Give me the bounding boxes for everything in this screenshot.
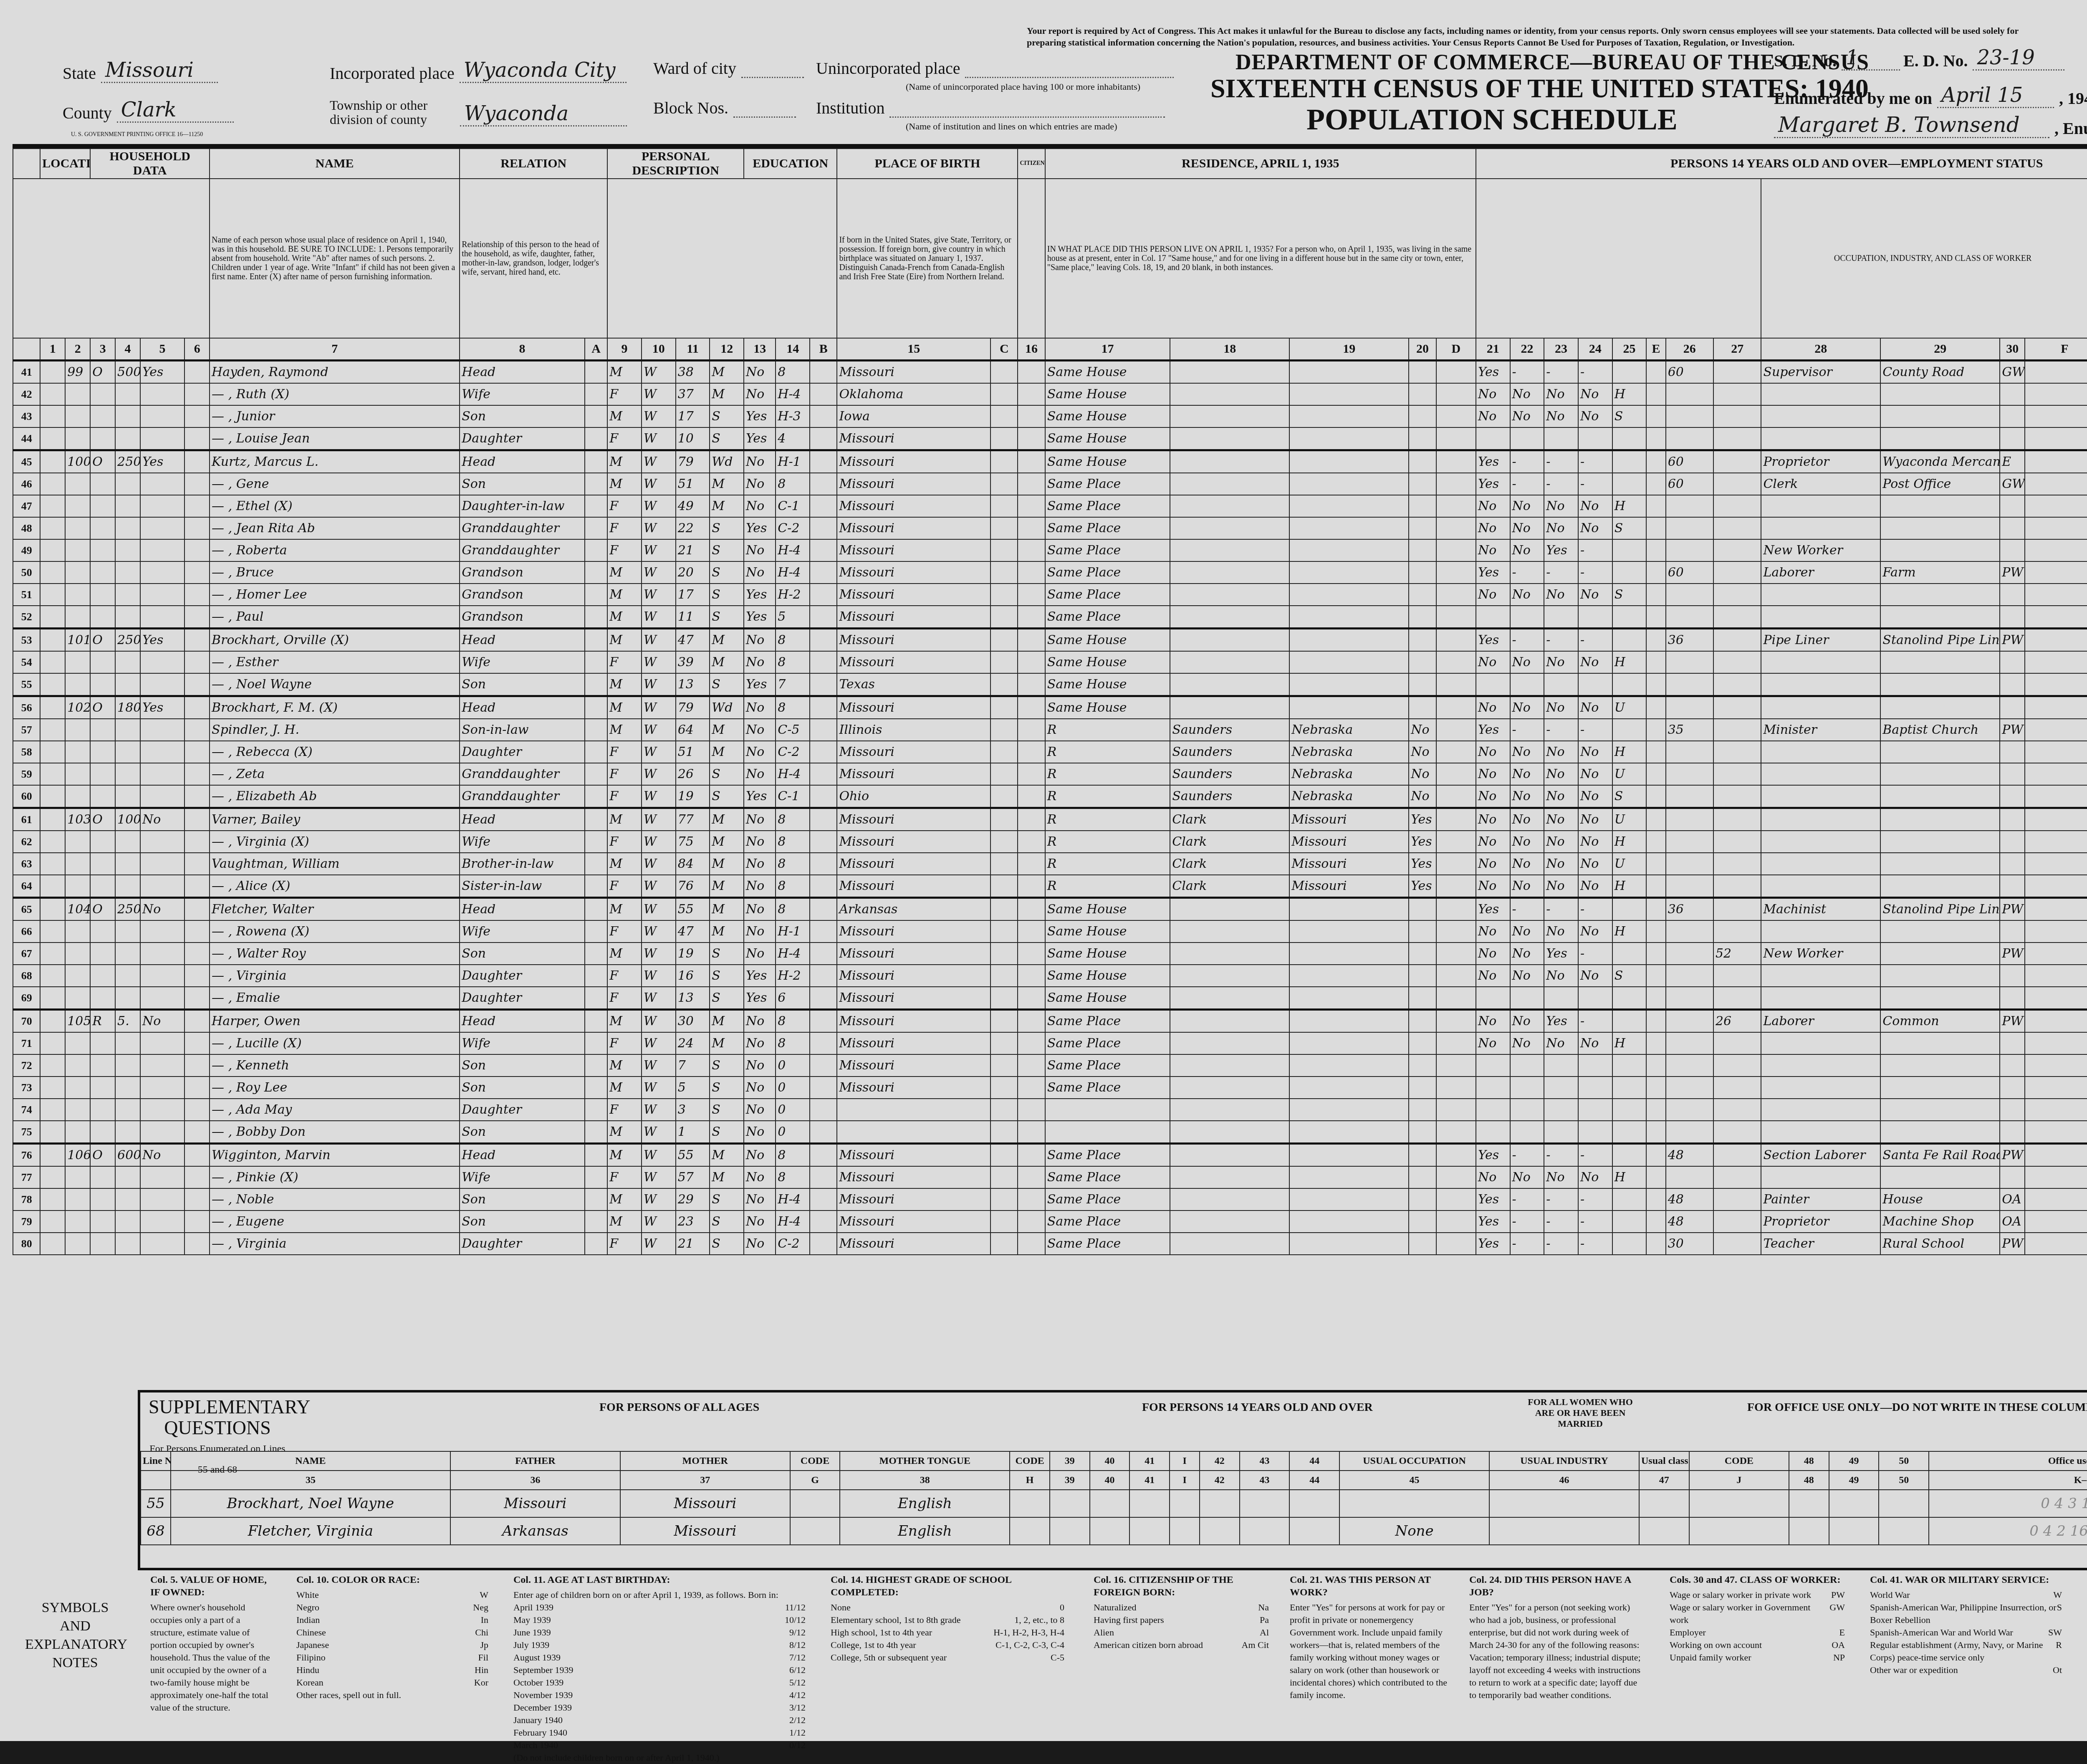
cell-activity [1612, 987, 1647, 1010]
cell-occupation [1761, 875, 1880, 898]
table-row: 65104O2500NoFletcher, WalterHeadMW55MNo8… [13, 898, 2087, 921]
cell-birthplace: Oklahoma [837, 383, 990, 405]
cell-res-farm [1409, 987, 1436, 1010]
cell-emerg: No [1510, 875, 1544, 898]
cell-race: W [642, 427, 676, 450]
cell-class [2000, 785, 2025, 808]
cell-has-job [1578, 427, 1612, 450]
cell-value [115, 539, 140, 561]
cell-value [115, 943, 140, 965]
cell-dwelling [65, 1233, 90, 1255]
cell-grade: 0 [776, 1077, 810, 1099]
cell-farm [140, 831, 184, 853]
cell-res-county [1170, 673, 1289, 696]
cell-relation: Son [460, 405, 585, 427]
cell-value [115, 561, 140, 584]
cell-occupation [1761, 965, 1880, 987]
cell-name: — , Pinkie (X) [210, 1166, 460, 1188]
cell-tenure [90, 853, 115, 875]
cell-line: 45 [13, 450, 40, 473]
cell-grade: 0 [776, 1054, 810, 1077]
cell-marital: S [710, 785, 744, 808]
cell-occupation [1761, 763, 1880, 785]
cell-name: — , Gene [210, 473, 460, 495]
cell-value [115, 987, 140, 1010]
cell-unemp [1713, 808, 1761, 831]
cell-age: 51 [676, 473, 710, 495]
cell-grade: 8 [776, 1144, 810, 1167]
note-item: FilipinoFil [296, 1651, 488, 1664]
cell-birthplace: Missouri [837, 831, 990, 853]
table-row: 60— , Elizabeth AbGranddaughterFW19SYesC… [13, 785, 2087, 808]
cell-occupation [1761, 1032, 1880, 1054]
group-name: NAME [210, 149, 460, 179]
cell-age: 1 [676, 1121, 710, 1144]
cell-age: 19 [676, 785, 710, 808]
sd-number-field: S. D. No. 1 [1774, 46, 1900, 71]
cell-grade: H-4 [776, 1211, 810, 1233]
cell-occupation [1761, 920, 1880, 943]
cell-class [2000, 920, 2025, 943]
cell-grade: C-2 [776, 517, 810, 539]
cell-activity: S [1612, 965, 1647, 987]
cell-hours [1666, 741, 1713, 763]
cell-race: W [642, 1032, 676, 1054]
cell-res-farm [1409, 673, 1436, 696]
cell-marital: S [710, 1121, 744, 1144]
cell-seeking: No [1544, 495, 1578, 517]
cell-class: PW [2000, 1144, 2025, 1167]
cell-unemp [1713, 1233, 1761, 1255]
cell-grade: 8 [776, 361, 810, 384]
cell-hours [1666, 1054, 1713, 1077]
cell-birthplace: Missouri [837, 361, 990, 384]
cell-has-job: - [1578, 361, 1612, 384]
cell-tenure [90, 1099, 115, 1121]
note-item: March 19400/12 [513, 1739, 806, 1741]
cell-school: No [744, 1211, 776, 1233]
cell-seeking: No [1544, 763, 1578, 785]
cell-class [2000, 987, 2025, 1010]
cell-seeking [1544, 673, 1578, 696]
cell-hours [1666, 875, 1713, 898]
cell-grade: H-4 [776, 763, 810, 785]
cell-res-county [1170, 427, 1289, 450]
cell-age: 19 [676, 943, 710, 965]
cell-seeking: - [1544, 719, 1578, 741]
cell-tenure [90, 561, 115, 584]
cell-at-work: Yes [1476, 561, 1510, 584]
cell-birthplace: Missouri [837, 741, 990, 763]
cell-has-job: - [1578, 1233, 1612, 1255]
cell-dwelling: 102 [65, 696, 90, 719]
cell-occupation [1761, 673, 1880, 696]
note-item: World WarW [1870, 1589, 2062, 1601]
cell-race: W [642, 831, 676, 853]
cell-industry [1880, 1121, 2000, 1144]
cell-has-job: No [1578, 808, 1612, 831]
cell-res-state [1289, 473, 1409, 495]
cell-at-work: No [1476, 495, 1510, 517]
cell-class [2000, 673, 2025, 696]
cell-seeking: No [1544, 785, 1578, 808]
cell-class [2000, 853, 2025, 875]
cell-industry [1880, 651, 2000, 673]
cell-birthplace: Missouri [837, 450, 990, 473]
cell-industry [1880, 965, 2000, 987]
note-item: College, 1st to 4th yearC-1, C-2, C-3, C… [831, 1639, 1064, 1651]
cell-race: W [642, 1188, 676, 1211]
cell-res-state: Nebraska [1289, 763, 1409, 785]
cell-sex: F [607, 920, 642, 943]
supp-header: 50 [1879, 1451, 1929, 1471]
cell-res-state [1289, 920, 1409, 943]
cell-sex: M [607, 561, 642, 584]
cell-unemp [1713, 629, 1761, 652]
cell-unemp [1713, 495, 1761, 517]
cell-value: 2500 [115, 898, 140, 921]
cell-tenure [90, 1054, 115, 1077]
cell-sex: M [607, 584, 642, 606]
cell-class [2000, 763, 2025, 785]
cell-res-county [1170, 383, 1289, 405]
table-row: 52— , PaulGrandsonMW11SYes5MissouriSame … [13, 606, 2087, 629]
cell-at-work: No [1476, 517, 1510, 539]
cell-industry [1880, 427, 2000, 450]
cell-relation: Head [460, 450, 585, 473]
cell-race: W [642, 539, 676, 561]
cell-age: 13 [676, 673, 710, 696]
cell-tenure [90, 651, 115, 673]
cell-industry [1880, 696, 2000, 719]
cell-class [2000, 584, 2025, 606]
cell-farm [140, 1233, 184, 1255]
cell-unemp [1713, 1121, 1761, 1144]
cell-class [2000, 383, 2025, 405]
cell-res-state [1289, 405, 1409, 427]
cell-res-farm [1409, 495, 1436, 517]
census-rows: 4199O5000.YesHayden, RaymondHeadMW38MNo8… [13, 361, 2087, 1255]
cell-dwelling [65, 920, 90, 943]
note-item: Unpaid family workerNP [1670, 1651, 1845, 1664]
cell-line: 57 [13, 719, 40, 741]
cell-race: W [642, 719, 676, 741]
cell-school: No [744, 629, 776, 652]
cell-value [115, 920, 140, 943]
cell-school: No [744, 651, 776, 673]
cell-activity: U [1612, 808, 1647, 831]
explanatory-notes: SYMBOLS AND EXPLANATORY NOTES Col. 5. VA… [138, 1574, 2087, 1732]
cell-res-place: Same Place [1045, 473, 1170, 495]
cell-marital: M [710, 719, 744, 741]
cell-at-work: No [1476, 651, 1510, 673]
cell-res-county [1170, 920, 1289, 943]
cell-relation: Grandson [460, 606, 585, 629]
cell-activity [1612, 673, 1647, 696]
cell-occupation [1761, 1099, 1880, 1121]
cell-marital: S [710, 584, 744, 606]
cell-line: 73 [13, 1077, 40, 1099]
supp-cell-father: Arkansas [450, 1517, 620, 1545]
cell-industry [1880, 920, 2000, 943]
cell-seeking: No [1544, 831, 1578, 853]
cell-value: 600. [115, 1144, 140, 1167]
cell-value: 1000. [115, 808, 140, 831]
cell-name: — , Junior [210, 405, 460, 427]
cell-occupation [1761, 853, 1880, 875]
cell-emerg: No [1510, 651, 1544, 673]
cell-age: 21 [676, 539, 710, 561]
cell-has-job: No [1578, 853, 1612, 875]
cell-farm [140, 719, 184, 741]
cell-tenure [90, 987, 115, 1010]
cell-farm [140, 539, 184, 561]
cell-seeking: No [1544, 808, 1578, 831]
cell-sex: F [607, 987, 642, 1010]
cell-res-county [1170, 1121, 1289, 1144]
cell-relation: Son [460, 1121, 585, 1144]
cell-emerg: No [1510, 696, 1544, 719]
cell-industry: Santa Fe Rail Road Co. [1880, 1144, 2000, 1167]
cell-res-farm: Yes [1409, 875, 1436, 898]
cell-sex: F [607, 1166, 642, 1188]
cell-school: No [744, 943, 776, 965]
cell-sex: F [607, 383, 642, 405]
cell-tenure [90, 741, 115, 763]
cell-line: 53 [13, 629, 40, 652]
cell-res-state [1289, 450, 1409, 473]
cell-grade: 4 [776, 427, 810, 450]
cell-res-place: Same House [1045, 898, 1170, 921]
cell-hours [1666, 651, 1713, 673]
cell-race: W [642, 808, 676, 831]
cell-school: No [744, 561, 776, 584]
supp-column-number: 40 [1090, 1471, 1130, 1490]
note-item: IndianIn [296, 1614, 488, 1626]
cell-class [2000, 1121, 2025, 1144]
cell-value [115, 1077, 140, 1099]
cell-name: Brockhart, F. M. (X) [210, 696, 460, 719]
cell-res-farm [1409, 1211, 1436, 1233]
cell-school: No [744, 450, 776, 473]
cell-res-farm [1409, 1144, 1436, 1167]
cell-birthplace: Arkansas [837, 898, 990, 921]
cell-seeking [1544, 1054, 1578, 1077]
cell-has-job: - [1578, 473, 1612, 495]
cell-res-state [1289, 696, 1409, 719]
table-row: 78— , NobleSonMW29SNoH-4MissouriSame Pla… [13, 1188, 2087, 1211]
cell-occupation: Pipe Liner [1761, 629, 1880, 652]
cell-marital: S [710, 673, 744, 696]
cell-relation: Head [460, 629, 585, 652]
cell-unemp [1713, 361, 1761, 384]
cell-marital: S [710, 405, 744, 427]
cell-dwelling: 101 [65, 629, 90, 652]
cell-emerg: No [1510, 808, 1544, 831]
supp-row: 68Fletcher, VirginiaArkansasMissouriEngl… [141, 1517, 2087, 1545]
cell-race: W [642, 629, 676, 652]
state-value: Missouri [101, 58, 218, 83]
cell-age: 84 [676, 853, 710, 875]
cell-dwelling [65, 473, 90, 495]
cell-birthplace: Missouri [837, 1188, 990, 1211]
cell-grade: 8 [776, 473, 810, 495]
cell-value: 5. [115, 1010, 140, 1033]
cell-birthplace: Ohio [837, 785, 990, 808]
cell-hours [1666, 965, 1713, 987]
cell-name: — , Roy Lee [210, 1077, 460, 1099]
table-row: 46— , GeneSonMW51MNo8MissouriSame PlaceY… [13, 473, 2087, 495]
cell-line: 75 [13, 1121, 40, 1144]
cell-race: W [642, 361, 676, 384]
cell-grade: H-4 [776, 561, 810, 584]
cell-sex: M [607, 943, 642, 965]
cell-res-state [1289, 1054, 1409, 1077]
cell-occupation: Machinist [1761, 898, 1880, 921]
cell-emerg: - [1510, 898, 1544, 921]
table-row: 63Vaughtman, WilliamBrother-in-lawMW84MN… [13, 853, 2087, 875]
cell-sex: F [607, 831, 642, 853]
cell-hours [1666, 1010, 1713, 1033]
cell-hours [1666, 427, 1713, 450]
cell-res-place: Same Place [1045, 1054, 1170, 1077]
cell-tenure [90, 875, 115, 898]
cell-res-place: R [1045, 785, 1170, 808]
cell-activity [1612, 450, 1647, 473]
cell-age: 5 [676, 1077, 710, 1099]
cell-class: PW [2000, 943, 2025, 965]
cell-unemp [1713, 383, 1761, 405]
cell-tenure [90, 1077, 115, 1099]
cell-farm [140, 1121, 184, 1144]
cell-res-county [1170, 361, 1289, 384]
note-item: Having first papersPa [1094, 1614, 1269, 1626]
cell-grade: 8 [776, 651, 810, 673]
cell-sex: M [607, 361, 642, 384]
cell-farm [140, 741, 184, 763]
cell-race: W [642, 987, 676, 1010]
cell-seeking: - [1544, 361, 1578, 384]
cell-school: No [744, 1166, 776, 1188]
cell-relation: Wife [460, 831, 585, 853]
cell-hours: 48 [1666, 1211, 1713, 1233]
cell-seeking [1544, 606, 1578, 629]
cell-line: 67 [13, 943, 40, 965]
cell-occupation: New Worker [1761, 539, 1880, 561]
supp-cell-name: Brockhart, Noel Wayne [171, 1490, 450, 1517]
cell-hours [1666, 673, 1713, 696]
cell-activity [1612, 1077, 1647, 1099]
cell-birthplace: Missouri [837, 584, 990, 606]
cell-sex: M [607, 606, 642, 629]
cell-grade: H-4 [776, 539, 810, 561]
cell-res-farm: No [1409, 785, 1436, 808]
cell-has-job: No [1578, 584, 1612, 606]
cell-school: Yes [744, 517, 776, 539]
cell-seeking: - [1544, 473, 1578, 495]
cell-marital: S [710, 606, 744, 629]
cell-res-farm: No [1409, 763, 1436, 785]
note-item: Elementary school, 1st to 8th grade1, 2,… [831, 1614, 1064, 1626]
cell-activity [1612, 561, 1647, 584]
cell-seeking: No [1544, 920, 1578, 943]
cell-res-place: Same House [1045, 405, 1170, 427]
cell-class: OA [2000, 1211, 2025, 1233]
cell-value [115, 651, 140, 673]
cell-tenure [90, 1233, 115, 1255]
cell-value: 1800 [115, 696, 140, 719]
cell-relation: Daughter [460, 427, 585, 450]
cell-marital: M [710, 808, 744, 831]
cell-school: No [744, 473, 776, 495]
table-row: 75— , Bobby DonSonMW1SNo075 [13, 1121, 2087, 1144]
cell-has-job: No [1578, 696, 1612, 719]
cell-name: Spindler, J. H. [210, 719, 460, 741]
cell-industry: Rural School [1880, 1233, 2000, 1255]
cell-activity: H [1612, 1166, 1647, 1188]
cell-value [115, 517, 140, 539]
cell-class [2000, 808, 2025, 831]
cell-birthplace: Missouri [837, 651, 990, 673]
cell-unemp [1713, 1054, 1761, 1077]
group-citizenship: CITIZENSHIP [1018, 149, 1045, 179]
cell-at-work [1476, 673, 1510, 696]
cell-res-place: Same House [1045, 943, 1170, 965]
cell-hours: 60 [1666, 561, 1713, 584]
cell-line: 77 [13, 1166, 40, 1188]
cell-emerg: No [1510, 495, 1544, 517]
cell-res-county [1170, 943, 1289, 965]
supp-cell-tongue: English [840, 1490, 1010, 1517]
cell-has-job: No [1578, 405, 1612, 427]
table-row: 57Spindler, J. H.Son-in-lawMW64MNoC-5Ill… [13, 719, 2087, 741]
cell-name: Fletcher, Walter [210, 898, 460, 921]
cell-relation: Wife [460, 383, 585, 405]
cell-industry [1880, 808, 2000, 831]
supp-column-number: 38 [840, 1471, 1010, 1490]
cell-age: 29 [676, 1188, 710, 1211]
cell-occupation [1761, 741, 1880, 763]
cell-res-place: Same House [1045, 673, 1170, 696]
cell-age: 49 [676, 495, 710, 517]
cell-seeking: - [1544, 1211, 1578, 1233]
supp-column-number: K–Z [1929, 1471, 2087, 1490]
cell-school: No [744, 1188, 776, 1211]
cell-unemp [1713, 561, 1761, 584]
cell-industry: Stanolind Pipe Line Co. [1880, 898, 2000, 921]
cell-relation: Daughter [460, 1099, 585, 1121]
cell-unemp [1713, 965, 1761, 987]
table-row: 50— , BruceGrandsonMW20SNoH-4MissouriSam… [13, 561, 2087, 584]
cell-hours: 30 [1666, 1233, 1713, 1255]
cell-unemp [1713, 785, 1761, 808]
cell-farm [140, 875, 184, 898]
table-row: 74— , Ada MayDaughterFW3SNo074 [13, 1099, 2087, 1121]
cell-res-county: Saunders [1170, 785, 1289, 808]
cell-line: 41 [13, 361, 40, 384]
cell-industry [1880, 1166, 2000, 1188]
cell-marital: S [710, 427, 744, 450]
cell-occupation [1761, 987, 1880, 1010]
cell-value [115, 427, 140, 450]
cell-school: Yes [744, 405, 776, 427]
supp-cell-office: 0 4 3 13 1 7 [1929, 1490, 2087, 1517]
cell-res-state [1289, 1099, 1409, 1121]
group-location: LOCATION [40, 149, 90, 179]
cell-has-job: No [1578, 741, 1612, 763]
cell-school: Yes [744, 965, 776, 987]
cell-school: No [744, 1010, 776, 1033]
